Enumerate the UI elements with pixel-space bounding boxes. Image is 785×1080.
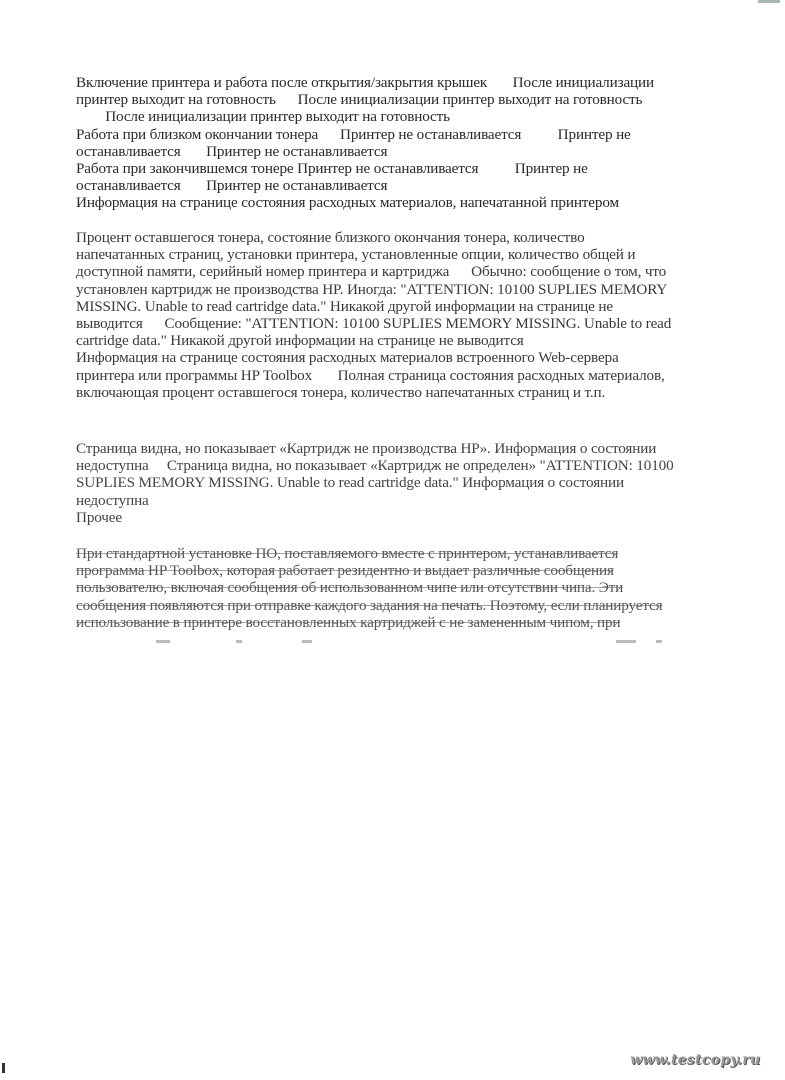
text-line: останавливается Принтер не останавливает… (76, 143, 696, 160)
text-line: останавливается Принтер не останавливает… (76, 177, 696, 194)
text-line: SUPLIES MEMORY MISSING. Unable to read c… (76, 474, 696, 491)
text-line: принтер выходит на готовность После иниц… (76, 91, 696, 108)
text-line: недоступна (76, 492, 696, 509)
text-line: Информация на странице состояния расходн… (76, 194, 696, 211)
faded-text-line (76, 640, 696, 646)
text-line: сообщения появляются при отправке каждог… (76, 597, 696, 614)
scan-edge-mark (758, 0, 780, 3)
paragraph-printer-behavior: Включение принтера и работа после открыт… (76, 74, 696, 212)
watermark-text: www.testcopy.ru (630, 1052, 760, 1068)
paragraph-toolbox-note: При стандартной установке ПО, поставляем… (76, 545, 696, 631)
text-line: cartridge data." Никакой другой информац… (76, 332, 696, 349)
text-line: Прочее (76, 509, 696, 526)
text-line: выводится Сообщение: "ATTENTION: 10100 S… (76, 315, 696, 332)
text-line: При стандартной установке ПО, поставляем… (76, 545, 696, 562)
text-line: MISSING. Unable to read cartridge data."… (76, 298, 696, 315)
text-line: доступной памяти, серийный номер принтер… (76, 263, 696, 280)
paragraph-web-server-info: Страница видна, но показывает «Картридж … (76, 440, 696, 526)
text-line: Страница видна, но показывает «Картридж … (76, 440, 696, 457)
text-line: напечатанных страниц, установки принтера… (76, 246, 696, 263)
text-line: использование в принтере восстановленных… (76, 614, 696, 631)
scan-edge-mark-left (2, 1063, 5, 1073)
scanned-page: Включение принтера и работа после открыт… (0, 0, 785, 1080)
text-line: После инициализации принтер выходит на г… (76, 108, 696, 125)
text-line: Работа при закончившемся тонере Принтер … (76, 160, 696, 177)
text-line: Информация на странице состояния расходн… (76, 349, 696, 366)
paragraph-status-page-info: Процент оставшегося тонера, состояние бл… (76, 229, 696, 401)
text-line: принтера или программы HP Toolbox Полная… (76, 367, 696, 384)
text-line: пользователю, включая сообщения об испол… (76, 579, 696, 596)
text-line: программа HP Toolbox, которая работает р… (76, 562, 696, 579)
text-line: включающая процент оставшегося тонера, к… (76, 384, 696, 401)
text-line: Включение принтера и работа после открыт… (76, 74, 696, 91)
text-line: установлен картридж не производства HP. … (76, 281, 696, 298)
text-line: Процент оставшегося тонера, состояние бл… (76, 229, 696, 246)
text-line: недоступна Страница видна, но показывает… (76, 457, 696, 474)
text-line: Работа при близком окончании тонера Прин… (76, 126, 696, 143)
